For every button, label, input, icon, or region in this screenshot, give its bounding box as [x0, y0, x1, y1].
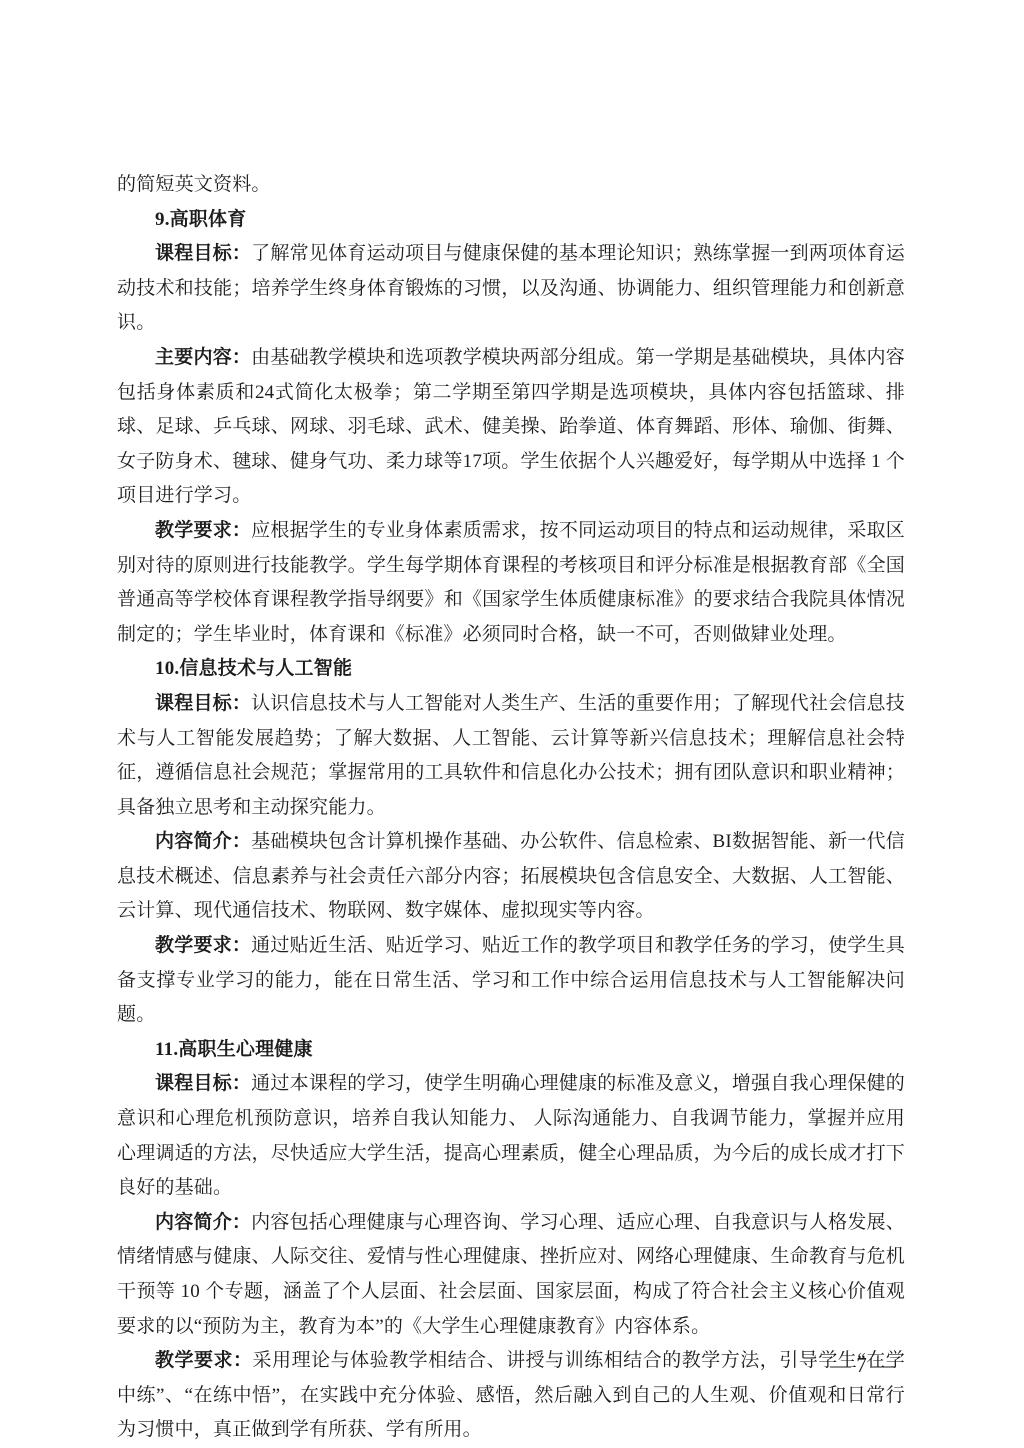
page-content: 的简短英文资料。 9.高职体育 课程目标：了解常见体育运动项目与健康保健的基本理… — [117, 168, 905, 1448]
paragraph-text: 的简短英文资料。 — [117, 174, 271, 195]
lead-label: 教学要求： — [155, 520, 251, 541]
paragraph: 课程目标：认识信息技术与人工智能对人类生产、生活的重要作用；了解现代社会信息技术… — [117, 687, 905, 825]
paragraph: 课程目标：通过本课程的学习，使学生明确心理健康的标准及意义，增强自我心理保健的意… — [117, 1067, 905, 1205]
section-heading-mental-health: 11.高职生心理健康 — [117, 1033, 905, 1068]
lead-label: 教学要求： — [155, 935, 251, 956]
paragraph-text: 由基础教学模块和选项教学模块两部分组成。第一学期是基础模块，具体内容包括身体素质… — [117, 347, 905, 506]
paragraph: 内容简介：基础模块包含计算机操作基础、办公软件、信息检索、BI数据智能、新一代信… — [117, 825, 905, 929]
paragraph: 教学要求：应根据学生的专业身体素质需求，按不同运动项目的特点和运动规律，采取区别… — [117, 514, 905, 652]
paragraph: 的简短英文资料。 — [117, 168, 905, 203]
lead-label: 内容简介： — [155, 831, 251, 852]
lead-label: 课程目标： — [155, 243, 251, 264]
lead-label: 主要内容： — [155, 347, 251, 368]
page-footer: — 7 — — [0, 1350, 893, 1380]
lead-label: 课程目标： — [155, 693, 251, 714]
section-heading-pe: 9.高职体育 — [117, 203, 905, 238]
paragraph: 课程目标：了解常见体育运动项目与健康保健的基本理论知识；熟练掌握一到两项体育运动… — [117, 237, 905, 341]
section-heading-it-ai: 10.信息技术与人工智能 — [117, 652, 905, 687]
paragraph: 教学要求：通过贴近生活、贴近学习、贴近工作的教学项目和教学任务的学习，使学生具备… — [117, 929, 905, 1033]
page-number: — 7 — — [830, 1353, 893, 1377]
paragraph: 内容简介：内容包括心理健康与心理咨询、学习心理、适应心理、自我意识与人格发展、情… — [117, 1206, 905, 1344]
paragraph: 主要内容：由基础教学模块和选项教学模块两部分组成。第一学期是基础模块，具体内容包… — [117, 341, 905, 514]
lead-label: 内容简介： — [155, 1212, 251, 1233]
lead-label: 课程目标： — [155, 1073, 251, 1094]
